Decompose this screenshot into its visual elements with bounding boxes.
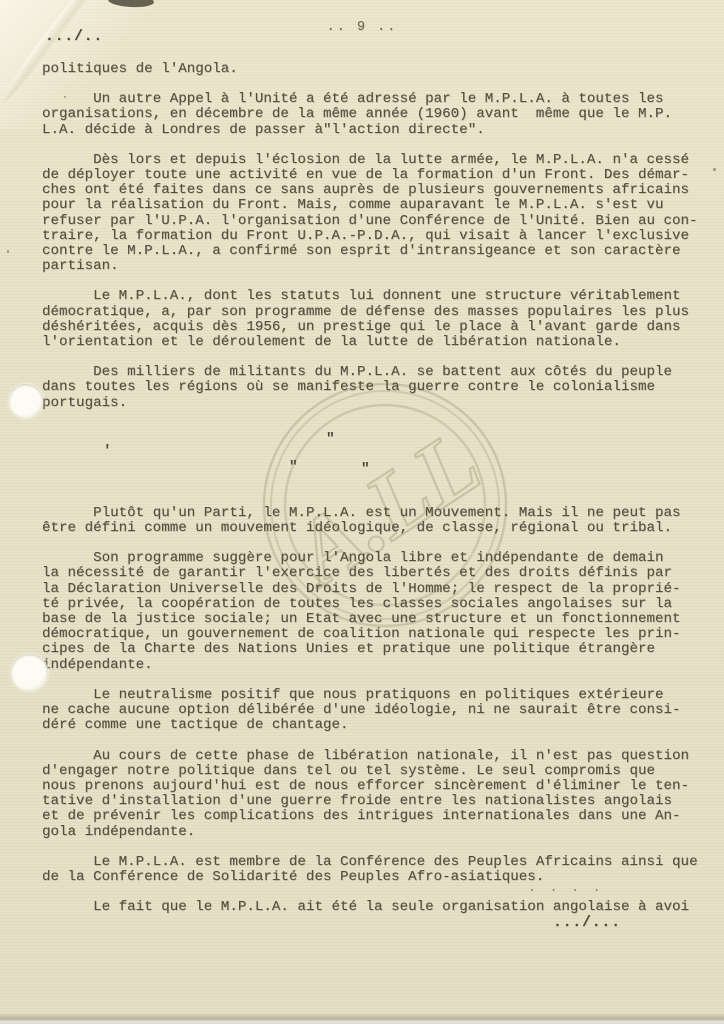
faint-dot-marks: . . . . xyxy=(528,880,604,895)
continuation-mark-bottom: .../... xyxy=(553,916,621,931)
scanner-bottom-edge xyxy=(0,1013,724,1024)
paragraph-6: Plutôt qu'un Parti, le M.P.L.A. est un M… xyxy=(42,506,720,536)
ink-speck xyxy=(7,250,9,253)
typed-text-block: politiques de l'Angola. Un autre Appel à… xyxy=(42,62,720,930)
paragraph-5: Des milliers de militants du M.P.L.A. se… xyxy=(42,365,720,411)
paragraph-7: Son programme suggère pour l'Angola libr… xyxy=(42,551,720,673)
paragraph-10: Le M.P.L.A. est membre de la Conférence … xyxy=(42,855,720,885)
fold-shadow-mark xyxy=(108,0,155,8)
separator-quote-mark-right: " xyxy=(361,462,370,478)
page-number: .. 9 .. xyxy=(0,20,724,35)
punch-hole-bottom xyxy=(11,654,48,691)
separator-quote-mark-left: " xyxy=(289,460,298,476)
scanned-document-page: A.LL .../.. .. 9 .. politiques de l'Ango… xyxy=(0,0,724,1024)
paragraph-3: Dès lors et depuis l'éclosion de la lutt… xyxy=(42,153,720,275)
section-separator-gap xyxy=(42,426,720,506)
paragraph-11: Le fait que le M.P.L.A. ait été la seule… xyxy=(42,900,720,915)
paragraph-8: Le neutralisme positif que nous pratiquo… xyxy=(42,688,720,734)
paragraph-9: Au cours de cette phase de libération na… xyxy=(42,749,720,840)
paragraph-2: Un autre Appel à l'Unité a été adressé p… xyxy=(42,92,720,138)
separator-quote-mark-top: " xyxy=(326,432,335,448)
separator-apostrophe-mark: ' xyxy=(103,444,112,460)
paragraph-1: politiques de l'Angola. xyxy=(42,62,720,77)
punch-hole-top xyxy=(9,384,43,418)
paragraph-4: Le M.P.L.A., dont les statuts lui donnen… xyxy=(42,289,720,350)
